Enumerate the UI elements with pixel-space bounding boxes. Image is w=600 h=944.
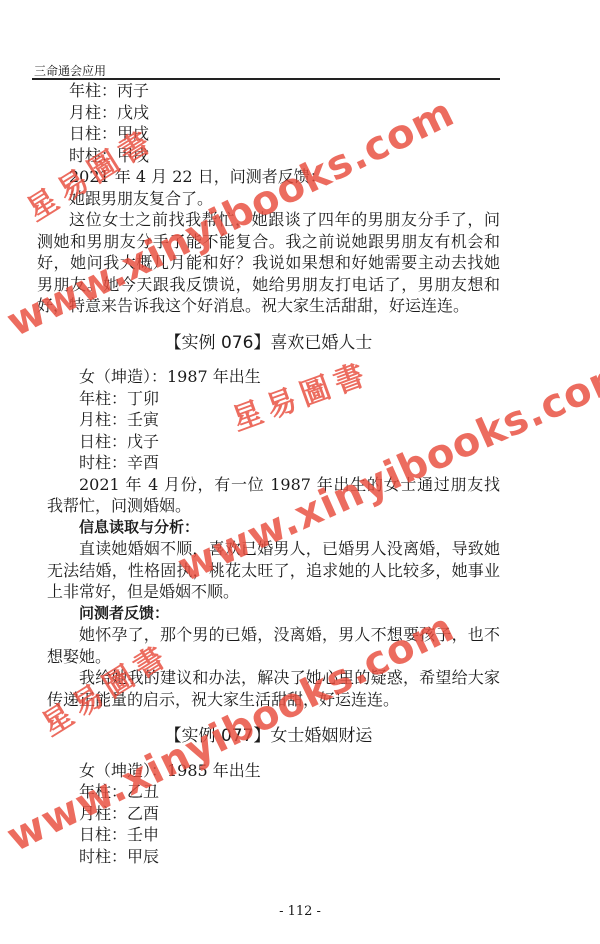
feedback-line: 她跟男朋友复合了。 xyxy=(37,188,500,210)
analysis-paragraph: 直读她婚姻不顺，喜欢已婚男人，已婚男人没离婚，导致她无法结婚，性格固执，桃花太旺… xyxy=(37,538,500,603)
paragraph: 这位女士之前找我帮忙，她跟谈了四年的男朋友分手了，问测她和男朋友分手了能不能复合… xyxy=(37,209,500,317)
pillar-value: 戊戌 xyxy=(117,103,149,122)
pillar-label: 时柱： xyxy=(79,847,127,866)
pillar-label: 月柱： xyxy=(79,804,127,823)
pillar-line: 月柱：乙酉 xyxy=(37,803,500,825)
feedback-heading: 问测者反馈： xyxy=(37,603,500,625)
pillar-line: 时柱：辛酉 xyxy=(37,452,500,474)
pillar-line: 年柱：丙子 xyxy=(37,80,500,102)
pillar-line: 时柱：甲戌 xyxy=(37,145,500,167)
pillar-value: 乙酉 xyxy=(127,804,159,823)
pillar-value: 壬寅 xyxy=(127,410,159,429)
pillar-value: 甲辰 xyxy=(127,847,159,866)
pillar-value: 戊子 xyxy=(127,432,159,451)
pillar-label: 年柱： xyxy=(79,782,127,801)
page-number: - 112 - xyxy=(0,904,600,919)
pillar-label: 时柱： xyxy=(79,453,127,472)
case-076-title: 【实例 076】喜欢已婚人士 xyxy=(37,333,500,355)
pillar-value: 甲戌 xyxy=(117,146,149,165)
pillar-value: 丁卯 xyxy=(127,389,159,408)
pillar-value: 壬申 xyxy=(127,825,159,844)
pillar-label: 月柱： xyxy=(79,410,127,429)
intro-paragraph: 2021 年 4 月份，有一位 1987 年出生的女士通过朋友找我帮忙，问测婚姻… xyxy=(37,474,500,517)
feedback-heading: 2021 年 4 月 22 日，问测者反馈： xyxy=(37,166,500,188)
case-077-title: 【实例 077】女士婚姻财运 xyxy=(37,726,500,748)
page-body: 年柱：丙子 月柱：戊戌 日柱：甲戌 时柱：甲戌 2021 年 4 月 22 日，… xyxy=(37,80,500,867)
pillar-label: 日柱： xyxy=(69,124,117,143)
pillar-line: 年柱：乙丑 xyxy=(37,781,500,803)
analysis-heading: 信息读取与分析： xyxy=(37,517,500,539)
pillar-label: 日柱： xyxy=(79,825,127,844)
pillar-value: 甲戌 xyxy=(117,124,149,143)
pillar-line: 日柱：甲戌 xyxy=(37,123,500,145)
pillar-label: 月柱： xyxy=(69,103,117,122)
pillar-value: 辛酉 xyxy=(127,453,159,472)
pillar-line: 时柱：甲辰 xyxy=(37,846,500,868)
pillar-value: 丙子 xyxy=(117,81,149,100)
subject-line: 女（坤造）：1987 年出生 xyxy=(37,366,500,388)
pillar-label: 日柱： xyxy=(79,432,127,451)
pillar-value: 乙丑 xyxy=(127,782,159,801)
feedback-paragraph: 她怀孕了，那个男的已婚，没离婚，男人不想要孩子，也不想娶她。 xyxy=(37,624,500,667)
pillar-label: 年柱： xyxy=(69,81,117,100)
subject-line: 女（坤造）：1985 年出生 xyxy=(37,760,500,782)
running-head-title: 三命通会应用 xyxy=(34,62,106,79)
pillar-line: 日柱：壬申 xyxy=(37,824,500,846)
closing-paragraph: 我给她我的建议和办法，解决了她心里的疑惑，希望给大家传递正能量的启示，祝大家生活… xyxy=(37,667,500,710)
pillar-line: 月柱：戊戌 xyxy=(37,102,500,124)
pillar-label: 时柱： xyxy=(69,146,117,165)
pillar-line: 年柱：丁卯 xyxy=(37,388,500,410)
pillar-label: 年柱： xyxy=(79,389,127,408)
pillar-line: 月柱：壬寅 xyxy=(37,409,500,431)
pillar-line: 日柱：戊子 xyxy=(37,431,500,453)
